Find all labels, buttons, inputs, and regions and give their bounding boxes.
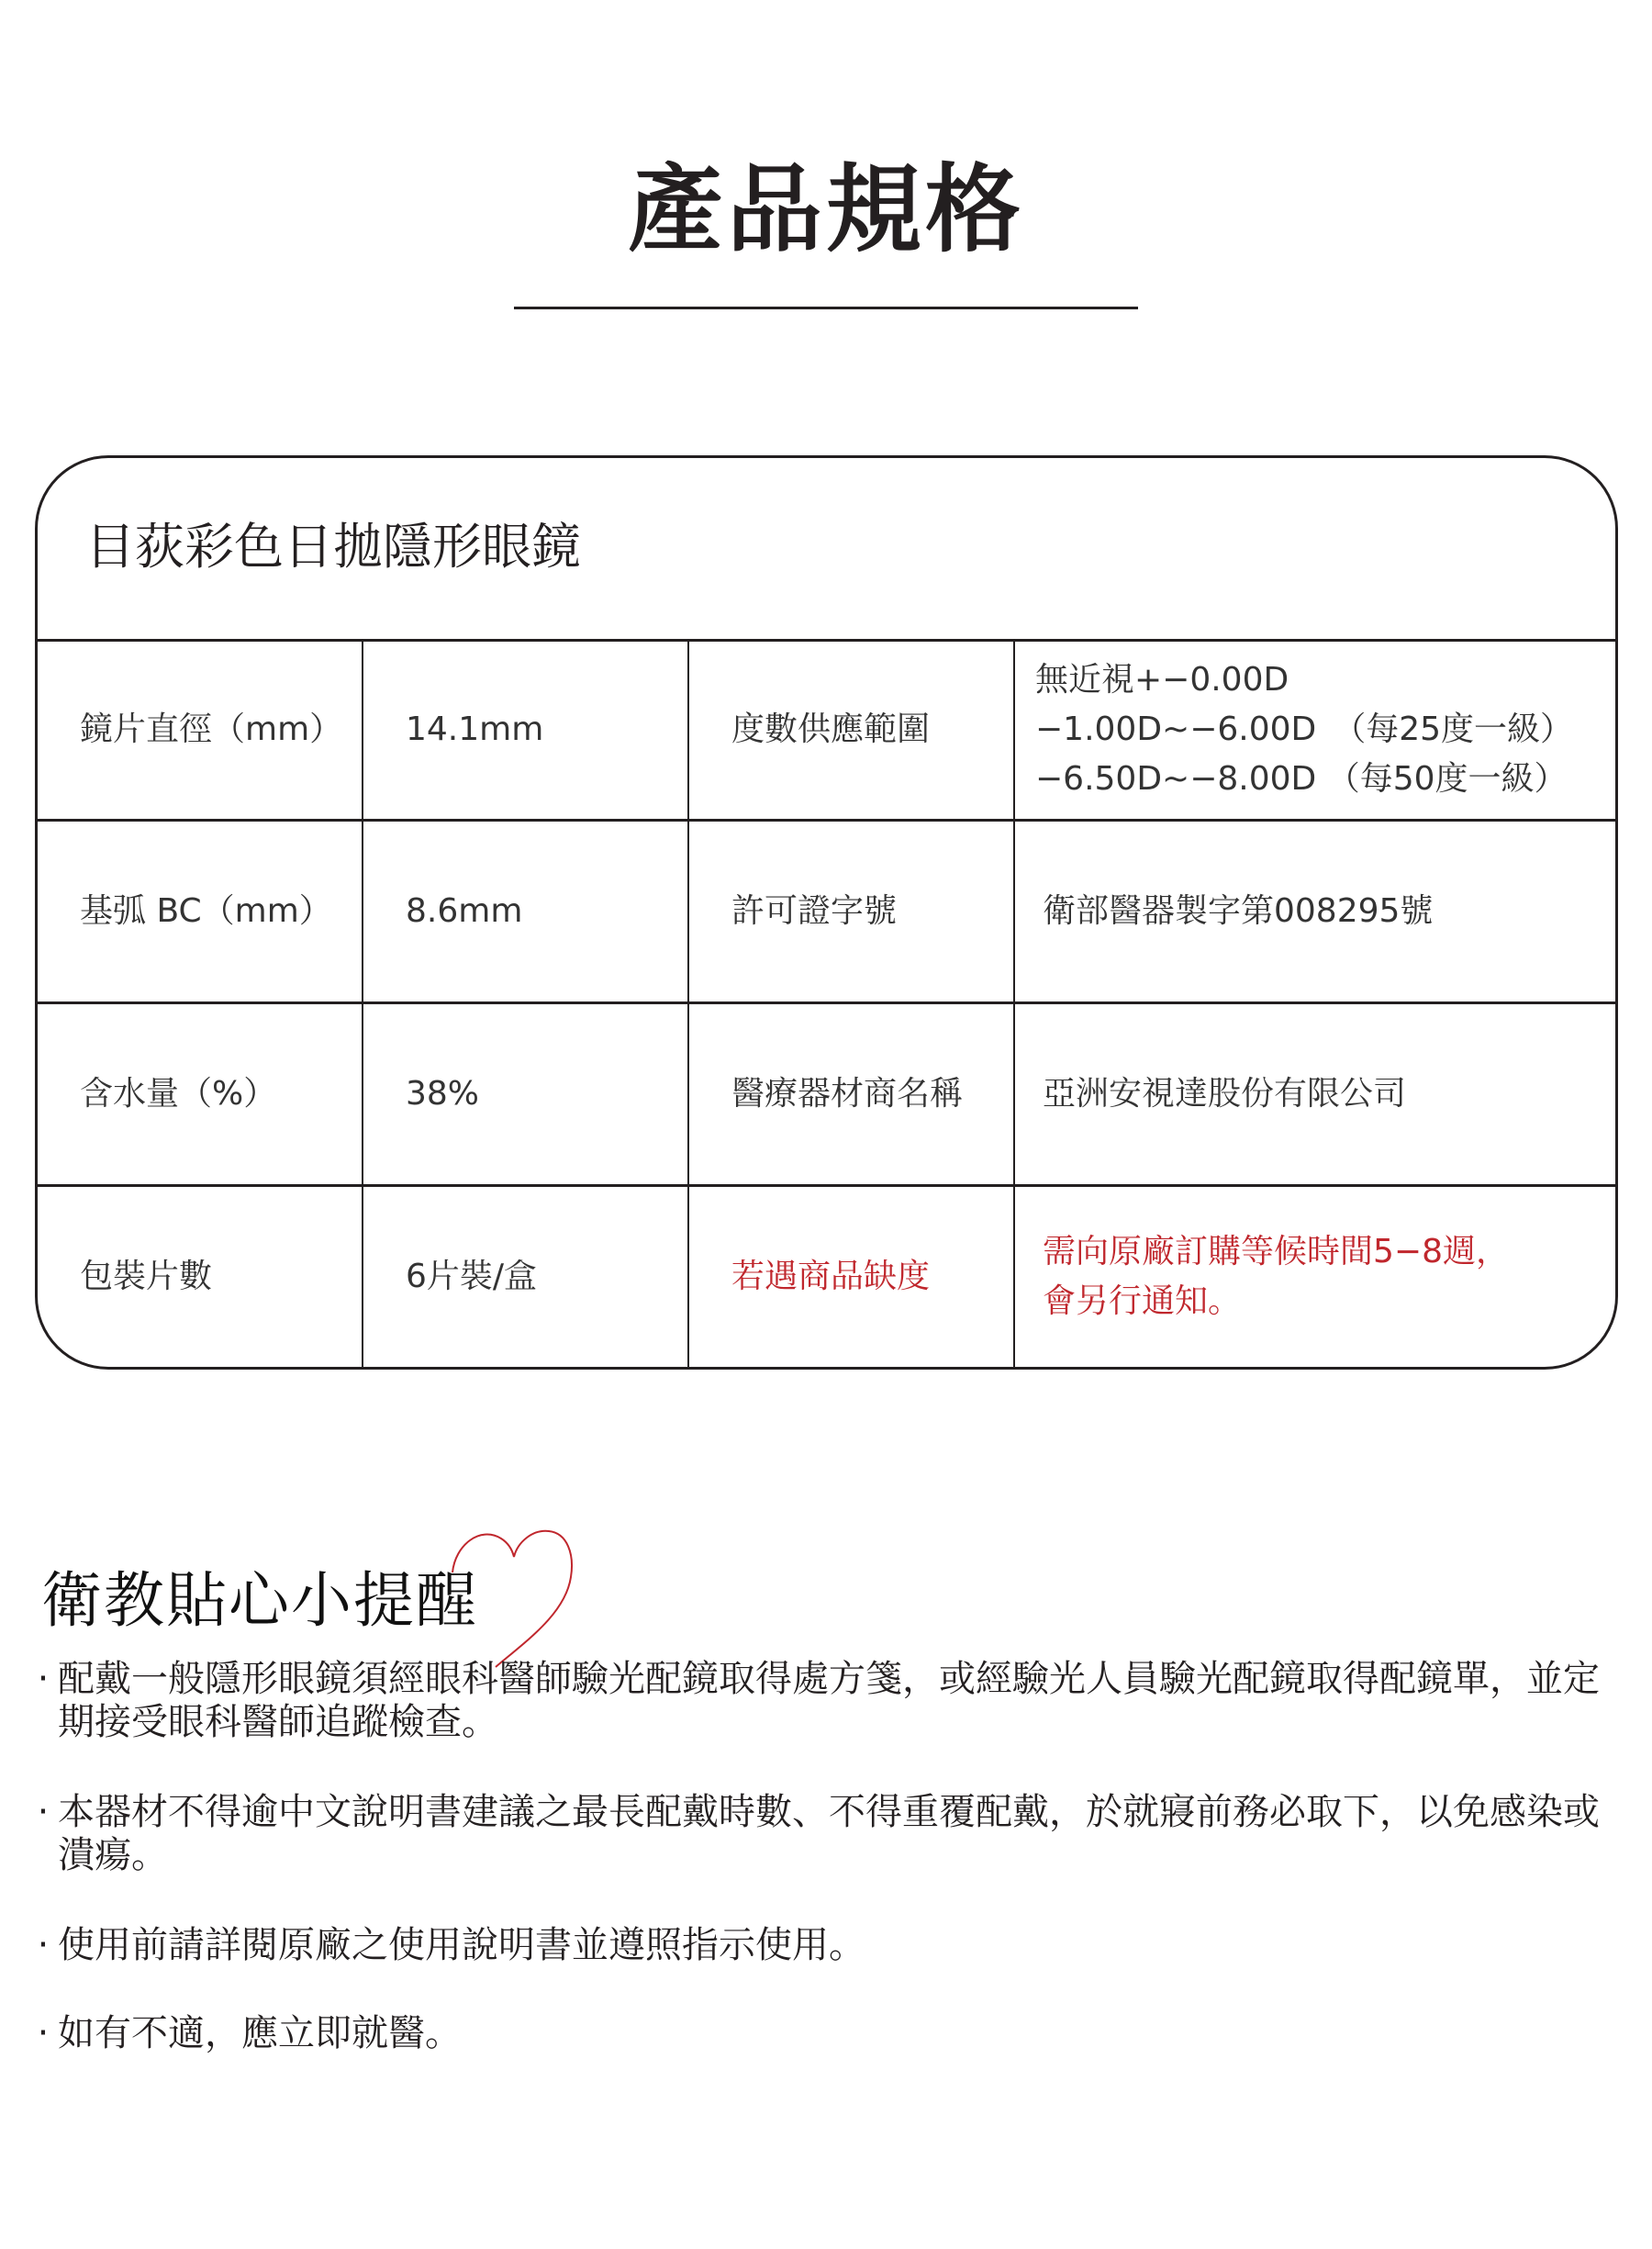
spec-card: 目荻彩色日拋隱形眼鏡 鏡片直徑（mm） 14.1mm 度數供應範圍 無近視+−0… bbox=[35, 455, 1618, 1370]
card-header: 目荻彩色日拋隱形眼鏡 bbox=[38, 458, 1615, 642]
bullet-icon: · bbox=[33, 1791, 53, 1834]
tip-text: 如有不適，應立即就醫。 bbox=[58, 2012, 462, 2054]
spec-label-vendor: 醫療器材商名稱 bbox=[689, 1004, 1015, 1187]
spec-label-package: 包裝片數 bbox=[38, 1187, 363, 1367]
tip-item: · 本器材不得逾中文說明書建議之最長配戴時數、不得重覆配戴，於就寢前務必取下，以… bbox=[33, 1791, 1612, 1877]
spec-value-base-curve: 8.6mm bbox=[363, 822, 689, 1004]
spec-table: 鏡片直徑（mm） 14.1mm 度數供應範圍 無近視+−0.00D −1.00D… bbox=[38, 640, 1615, 1367]
tip-text: 本器材不得逾中文說明書建議之最長配戴時數、不得重覆配戴，於就寢前務必取下，以免感… bbox=[58, 1791, 1600, 1876]
bullet-icon: · bbox=[33, 1924, 53, 1967]
spec-value-power-range: 無近視+−0.00D −1.00D~−6.00D （每25度一級） −6.50D… bbox=[1015, 640, 1615, 822]
tips-list: · 配戴一般隱形眼鏡須經眼科醫師驗光配鏡取得處方箋，或經驗光人員驗光配鏡取得配鏡… bbox=[33, 1658, 1612, 2100]
tip-item: · 配戴一般隱形眼鏡須經眼科醫師驗光配鏡取得處方箋，或經驗光人員驗光配鏡取得配鏡… bbox=[33, 1658, 1612, 1744]
spec-value-water-content: 38% bbox=[363, 1004, 689, 1187]
spec-value-license: 衛部醫器製字第008295號 bbox=[1015, 822, 1615, 1004]
power-range-line: −6.50D~−8.00D （每50度一級） bbox=[1035, 755, 1568, 804]
spec-label-diameter: 鏡片直徑（mm） bbox=[38, 640, 363, 822]
power-range-line: −1.00D~−6.00D （每25度一級） bbox=[1035, 705, 1573, 755]
spec-value-diameter: 14.1mm bbox=[363, 640, 689, 822]
product-name: 目荻彩色日拋隱形眼鏡 bbox=[85, 515, 581, 579]
tip-item: · 如有不適，應立即就醫。 bbox=[33, 2012, 1612, 2055]
page-title: 產品規格 bbox=[0, 154, 1652, 264]
title-underline bbox=[514, 307, 1138, 309]
spec-value-vendor: 亞洲安視達股份有限公司 bbox=[1015, 1004, 1615, 1187]
spec-label-out-of-stock: 若遇商品缺度 bbox=[689, 1187, 1015, 1367]
spec-label-license: 許可證字號 bbox=[689, 822, 1015, 1004]
spec-value-out-of-stock: 需向原廠訂購等候時間5−8週， 會另行通知。 bbox=[1015, 1187, 1615, 1367]
spec-label-water-content: 含水量（%） bbox=[38, 1004, 363, 1187]
bullet-icon: · bbox=[33, 2012, 53, 2055]
bullet-icon: · bbox=[33, 1658, 53, 1701]
tips-title: 衛教貼心小提醒 bbox=[41, 1555, 478, 1647]
spec-value-package: 6片裝/盒 bbox=[363, 1187, 689, 1367]
tip-text: 使用前請詳閱原廠之使用說明書並遵照指示使用。 bbox=[58, 1924, 865, 1966]
tip-item: · 使用前請詳閱原廠之使用說明書並遵照指示使用。 bbox=[33, 1924, 1612, 1967]
tip-text: 配戴一般隱形眼鏡須經眼科醫師驗光配鏡取得處方箋，或經驗光人員驗光配鏡取得配鏡單，… bbox=[58, 1658, 1600, 1743]
out-of-stock-line: 需向原廠訂購等候時間5−8週， bbox=[1043, 1227, 1509, 1277]
spec-label-base-curve: 基弧 BC（mm） bbox=[38, 822, 363, 1004]
out-of-stock-line: 會另行通知。 bbox=[1043, 1277, 1241, 1326]
heart-icon bbox=[448, 1522, 576, 1669]
spec-label-power-range: 度數供應範圍 bbox=[689, 640, 1015, 822]
power-range-line: 無近視+−0.00D bbox=[1035, 655, 1289, 705]
